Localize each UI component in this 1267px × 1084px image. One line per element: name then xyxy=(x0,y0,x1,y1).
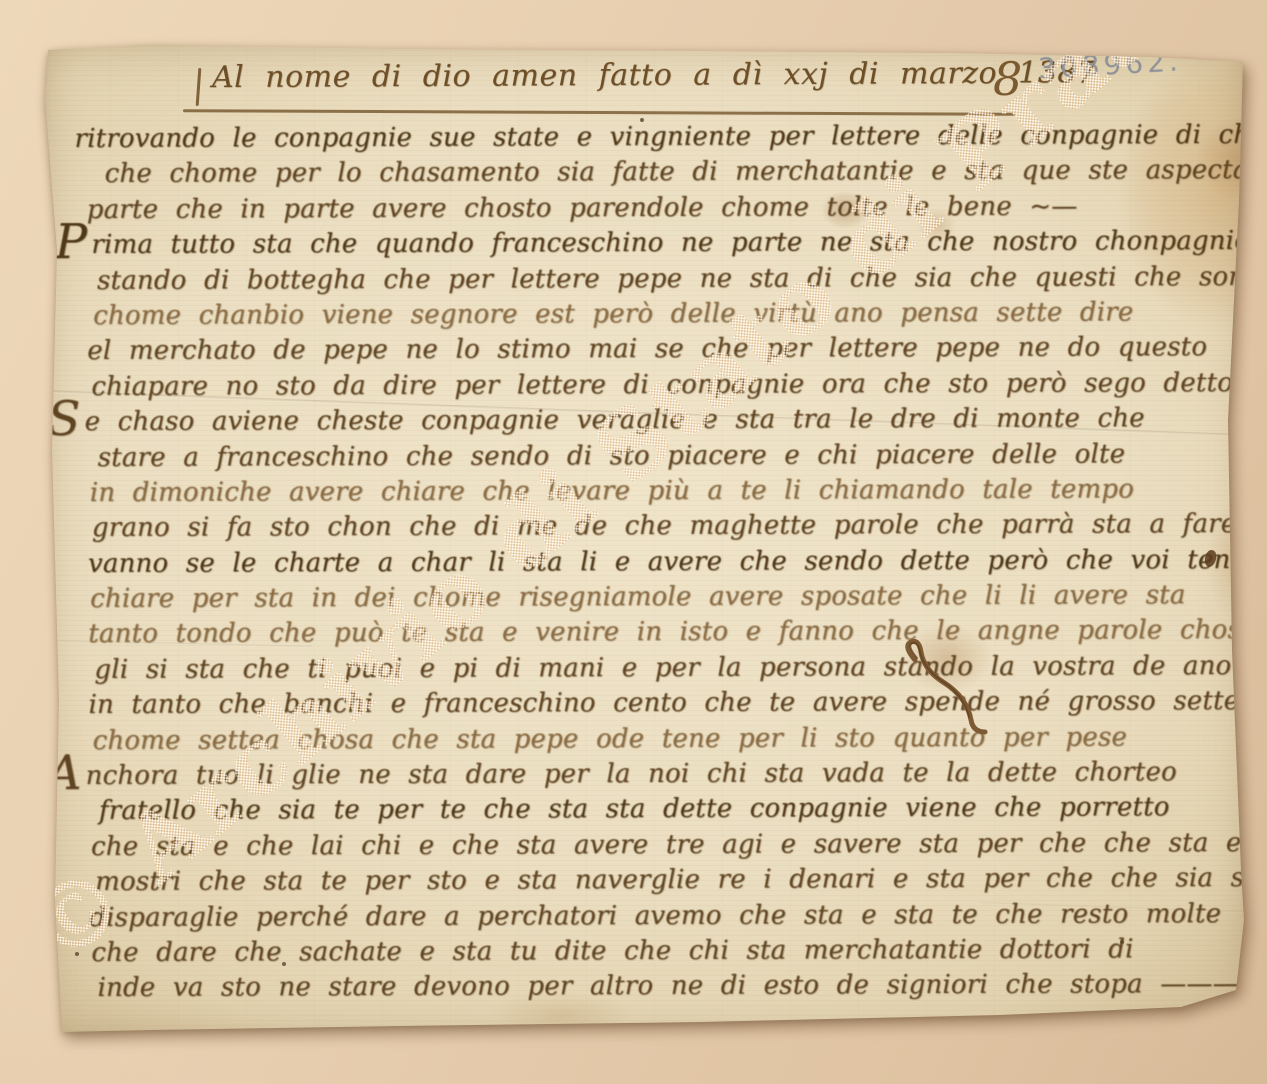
scan-background: Al nome di dio amen fatto a dì xxj di ma… xyxy=(0,0,1267,1084)
manuscript-text: ritrovando le conpagnie sue state e ving… xyxy=(70,120,1233,1009)
manuscript-line: tanto tondo che può te sta e venire in i… xyxy=(84,615,1232,654)
manuscript-line: stando di bottegha che per lettere pepe … xyxy=(93,262,1231,301)
manuscript-line: disparaglie perché dare a perchatori ave… xyxy=(85,899,1233,938)
letter-heading: Al nome di dio amen fatto a dì xxj di ma… xyxy=(212,56,1012,95)
paper-fiber-thread xyxy=(870,625,1030,755)
header-bracket-mark xyxy=(196,68,202,106)
heading-underline xyxy=(183,109,1015,115)
manuscript-line: chome chanbio viene segnore est però del… xyxy=(89,297,1231,336)
manuscript-line: parte che in parte avere chosto parendol… xyxy=(83,191,1231,230)
manuscript-line: mostri che sta te per sto e sta navergli… xyxy=(91,863,1233,902)
manuscript-line: chiare per sta in dei chome risegniamole… xyxy=(86,580,1232,619)
manuscript-line: vanno se le charte a char li sta li e av… xyxy=(84,545,1232,584)
manuscript-line: che dare che sachate e sta tu dite che c… xyxy=(87,934,1233,973)
manuscript-line: Prima tutto sta che quando franceschino … xyxy=(73,226,1231,265)
manuscript-line: gli si sta che ti puoi e pi di mani e pe… xyxy=(90,651,1232,690)
paper-sheet: Al nome di dio amen fatto a dì xxj di ma… xyxy=(42,40,1248,1040)
manuscript-line: inde va sto ne stare devono per altro ne… xyxy=(93,969,1233,1008)
manuscript-page: Al nome di dio amen fatto a dì xxj di ma… xyxy=(42,40,1248,1040)
